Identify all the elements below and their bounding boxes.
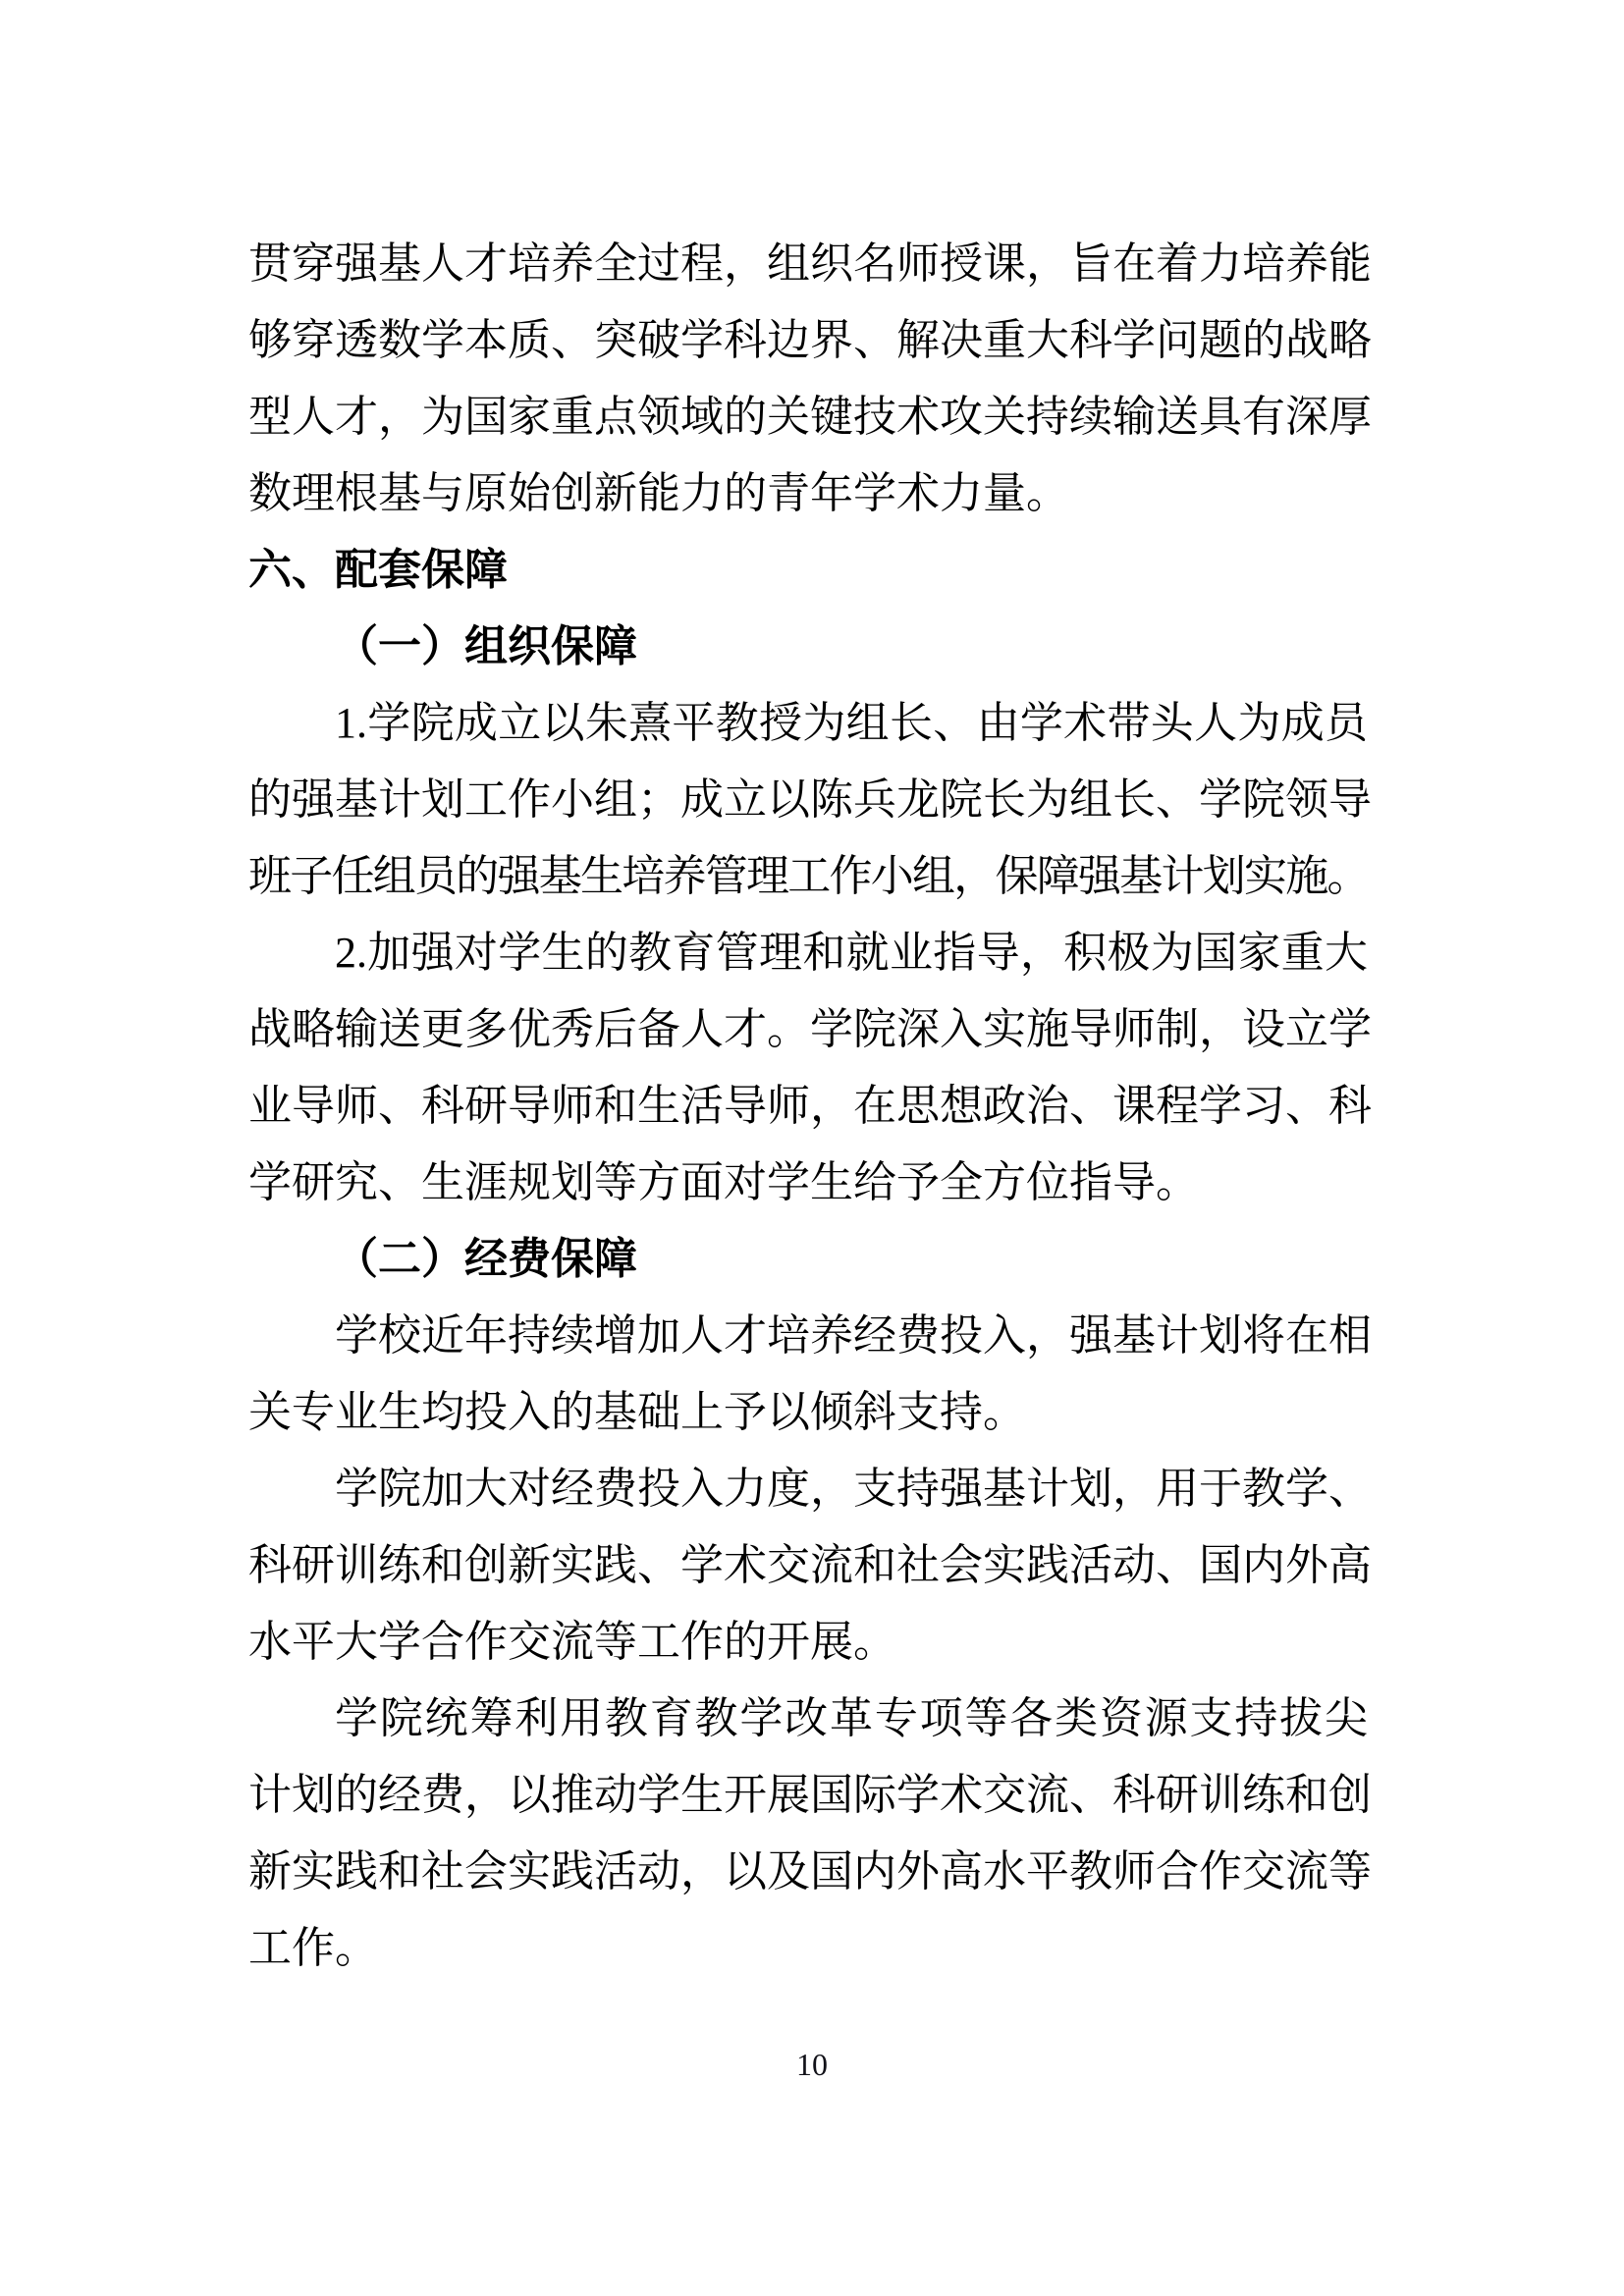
body-line: 科研训练和创新实践、学术交流和社会实践活动、国内外高 [248, 1527, 1368, 1604]
body-line: 2.加强对学生的教育管理和就业指导，积极为国家重大 [248, 915, 1368, 991]
body-line: 新实践和社会实践活动，以及国内外高水平教师合作交流等 [248, 1834, 1368, 1910]
body-line: 工作。 [248, 1910, 1368, 1987]
body-line: 战略输送更多优秀后备人才。学院深入实施导师制，设立学 [248, 991, 1368, 1068]
body-line: 水平大学合作交流等工作的开展。 [248, 1604, 1368, 1681]
body-line: 学校近年持续增加人才培养经费投入，强基计划将在相 [248, 1298, 1368, 1374]
section-heading: 六、配套保障 [248, 532, 1368, 609]
body-line: 关专业生均投入的基础上予以倾斜支持。 [248, 1374, 1368, 1451]
subsection-heading: （一）组织保障 [248, 609, 1368, 685]
body-line: 学院统筹利用教育教学改革专项等各类资源支持拔尖 [248, 1681, 1368, 1757]
document-body: 贯穿强基人才培养全过程，组织名师授课，旨在着力培养能 够穿透数学本质、突破学科边… [248, 226, 1368, 1987]
body-line: 学院加大对经费投入力度，支持强基计划，用于教学、 [248, 1451, 1368, 1527]
intro-paragraph-line: 够穿透数学本质、突破学科边界、解决重大科学问题的战略 [248, 302, 1368, 379]
body-line: 学研究、生涯规划等方面对学生给予全方位指导。 [248, 1145, 1368, 1221]
page-number: 10 [0, 2048, 1624, 2081]
intro-paragraph-line: 贯穿强基人才培养全过程，组织名师授课，旨在着力培养能 [248, 226, 1368, 302]
intro-paragraph-line: 型人才，为国家重点领域的关键技术攻关持续输送具有深厚 [248, 379, 1368, 455]
intro-paragraph-line: 数理根基与原始创新能力的青年学术力量。 [248, 455, 1368, 532]
body-line: 的强基计划工作小组；成立以陈兵龙院长为组长、学院领导 [248, 762, 1368, 838]
subsection-heading: （二）经费保障 [248, 1221, 1368, 1298]
body-line: 计划的经费，以推动学生开展国际学术交流、科研训练和创 [248, 1757, 1368, 1834]
body-line: 班子任组员的强基生培养管理工作小组，保障强基计划实施。 [248, 838, 1368, 915]
body-line: 1.学院成立以朱熹平教授为组长、由学术带头人为成员 [248, 685, 1368, 762]
body-line: 业导师、科研导师和生活导师，在思想政治、课程学习、科 [248, 1068, 1368, 1145]
document-page: 贯穿强基人才培养全过程，组织名师授课，旨在着力培养能 够穿透数学本质、突破学科边… [0, 0, 1624, 2296]
